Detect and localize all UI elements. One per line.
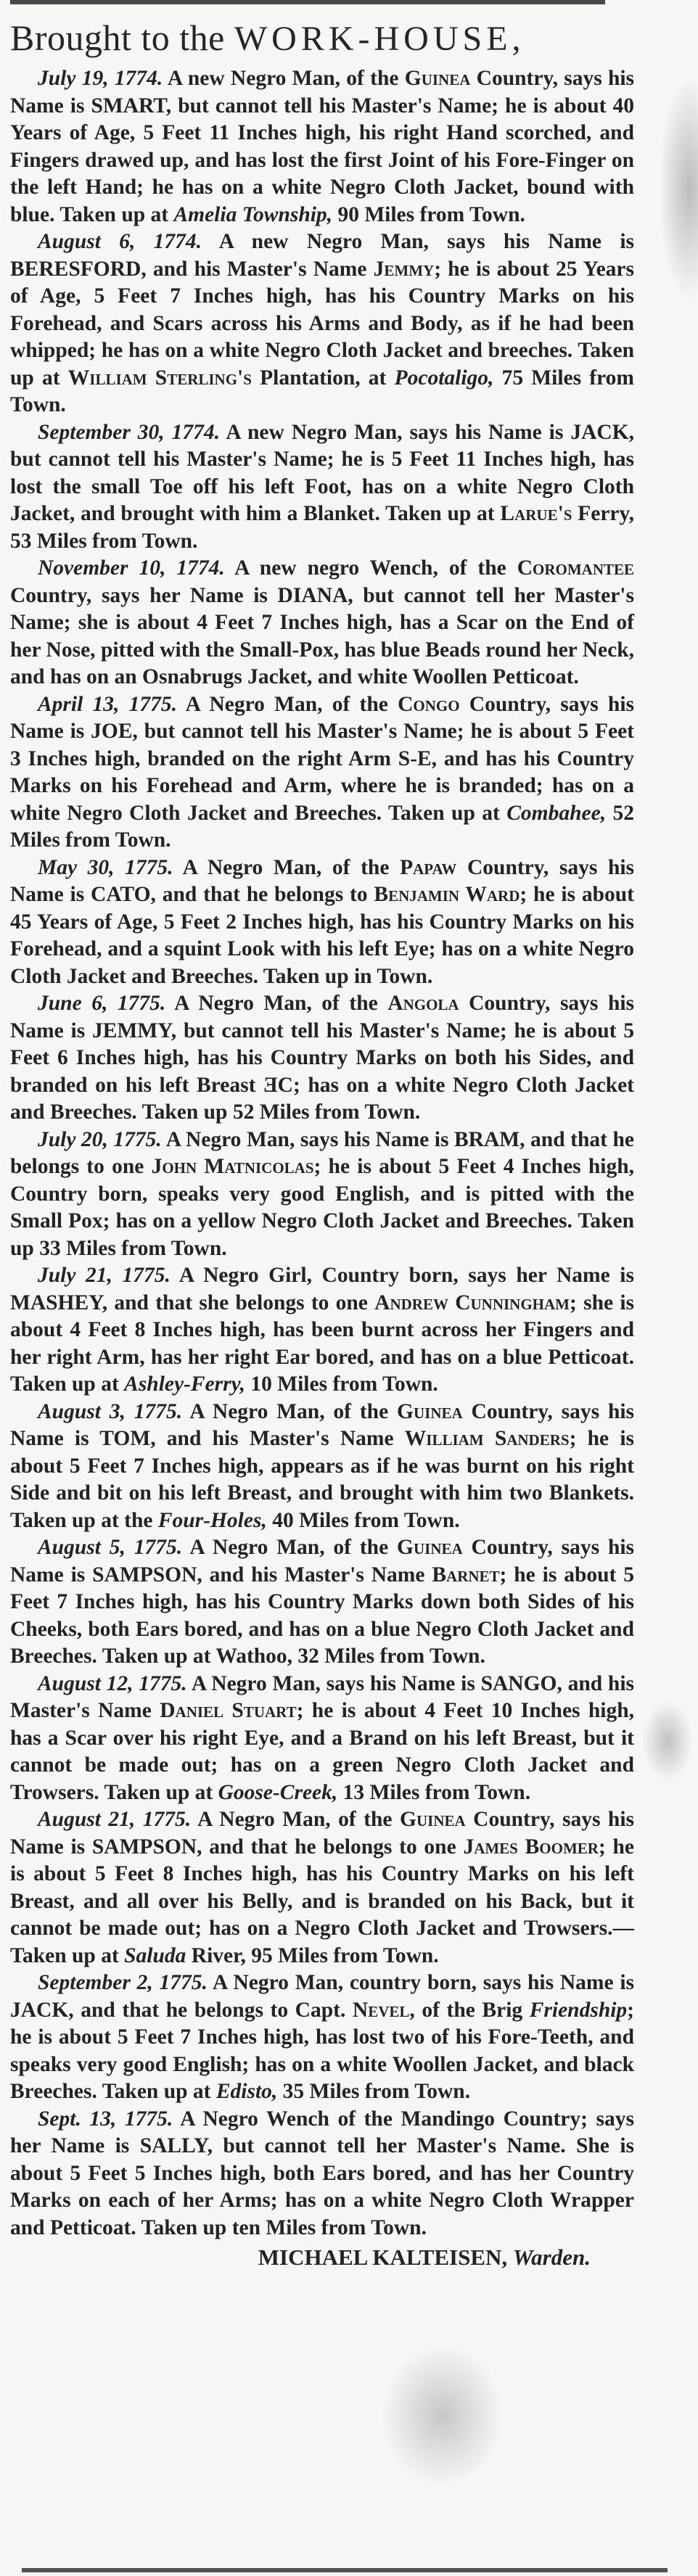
notice-entry: July 21, 1775. A Negro Girl, Country bor… [10,1262,634,1399]
master-name: Jemmy [374,258,435,281]
country-name: Angola [387,992,459,1015]
notice-entry: April 13, 1775. A Negro Man, of the Cong… [10,691,634,855]
notice-text: 35 Miles from Town. [283,2080,470,2103]
signature: MICHAEL KALTEISEN, Warden. [10,2243,591,2272]
notice-date: August 6, 1774. [38,230,202,253]
notice-date: April 13, 1775. [38,693,177,716]
notice-text: A Negro Man, of the [189,1536,388,1559]
notice-text: 40 Miles from Town. [272,1509,459,1532]
notice-date: July 19, 1774. [38,67,163,90]
place-name: Ashley-Ferry, [124,1373,245,1396]
notice-text: , of the Brig [409,1999,522,2022]
work-house-notice-column: Brought to the WORK-HOUSE, July 19, 1774… [10,15,634,2272]
notice-date: July 21, 1775. [38,1264,171,1287]
notice-text: 90 Miles from Town. [337,203,525,226]
notice-entry: Sept. 13, 1775. A Negro Wench of the Man… [10,2106,634,2242]
owner-name: Daniel Stuart [160,1699,296,1722]
ship-name: Friendship [530,1999,627,2022]
notice-date: November 10, 1774. [38,556,225,580]
notice-text: 10 Miles from Town. [250,1373,438,1396]
notice-date: May 30, 1775. [38,856,173,879]
country-name: Guinea [397,1400,463,1423]
notice-date: September 2, 1775. [38,1971,208,1994]
country-name: Guinea [405,67,471,90]
owner-name: William Sanders [405,1427,570,1450]
notice-date: Sept. 13, 1775. [38,2107,173,2131]
place-name: Saluda [124,1944,186,1967]
notice-text: Country, says her Name is DIANA, but can… [10,584,634,689]
notice-entry: June 6, 1775. A Negro Man, of the Angola… [10,990,634,1127]
signatory-name: MICHAEL KALTEISEN, [258,2244,507,2270]
notice-text: A Negro Man, of the [183,856,390,879]
notice-text: A new negro Wench, of the [234,556,506,580]
notice-entry: November 10, 1774. A new negro Wench, of… [10,555,634,691]
notice-text: A Negro Man, of the [186,693,388,716]
bottom-divider-rule [22,2568,668,2572]
owner-name: Barnet [432,1563,499,1587]
country-name: Guinea [397,1536,463,1559]
headline-prefix: Brought to the [10,17,225,58]
country-name: Coromantee [517,556,634,580]
notice-date: August 3, 1775. [38,1400,182,1423]
newspaper-page: Brought to the WORK-HOUSE, July 19, 1774… [0,0,698,2576]
notice-entry: May 30, 1775. A Negro Man, of the Papaw … [10,855,634,991]
place-name: Edisto, [216,2080,277,2103]
notice-date: September 30, 1774. [38,421,220,444]
notice-entry: August 3, 1775. A Negro Man, of the Guin… [10,1399,634,1535]
notice-text: River, 95 Miles from Town. [192,1944,439,1967]
owner-name: James Boomer [463,1835,599,1859]
notice-entry: August 5, 1775. A Negro Man, of the Guin… [10,1534,634,1671]
notice-entry: August 12, 1775. A Negro Man, says his N… [10,1671,634,1807]
notice-entry: July 19, 1774. A new Negro Man, of the G… [10,65,634,229]
notice-text: A Negro Man, of the [197,1808,392,1831]
country-name: Papaw [400,856,456,879]
headline-emphasis: WORK-HOUSE, [234,20,525,58]
place-name: Combahee, [506,802,606,825]
place-name: Goose-Creek, [218,1781,338,1804]
notice-date: August 12, 1775. [38,1672,187,1695]
owner-name: Benjamin Ward [374,883,520,906]
notice-date: August 21, 1775. [38,1808,191,1831]
notice-text: A new Negro Man, of the [168,67,399,90]
notice-text: A Negro Man, of the [189,1400,388,1423]
owner-name: Andrew Cunningham [374,1291,570,1314]
owner-name: Nevel [353,1999,410,2022]
place-name: Amelia Township, [173,203,332,226]
notice-entry: September 2, 1775. A Negro Man, country … [10,1970,634,2106]
notice-entry: August 21, 1775. A Negro Man, of the Gui… [10,1806,634,1970]
notice-date: August 5, 1775. [38,1536,182,1559]
country-name: Congo [398,693,459,716]
signatory-title: Warden. [513,2244,591,2270]
notice-text: 13 Miles from Town. [343,1781,530,1804]
notice-text: Plantation, at [260,366,386,390]
headline: Brought to the WORK-HOUSE, [10,15,634,62]
notice-entry: July 20, 1775. A Negro Man, says his Nam… [10,1127,634,1263]
place-name: Four-Holes, [158,1509,267,1532]
country-name: Guinea [400,1808,466,1831]
notice-entry: September 30, 1774. A new Negro Man, say… [10,419,634,556]
owner-name: William Sterling's [68,366,252,390]
top-divider-rule [10,0,605,4]
notice-date: June 6, 1775. [38,992,165,1015]
place-name: Pocotaligo, [395,366,494,390]
notice-text: A Negro Man, of the [174,992,378,1015]
notice-date: July 20, 1775. [38,1128,162,1151]
owner-name: John Matnicolas [152,1155,314,1178]
place-owner-name: Larue's [500,502,572,525]
notice-entry: August 6, 1774. A new Negro Man, says hi… [10,229,634,419]
